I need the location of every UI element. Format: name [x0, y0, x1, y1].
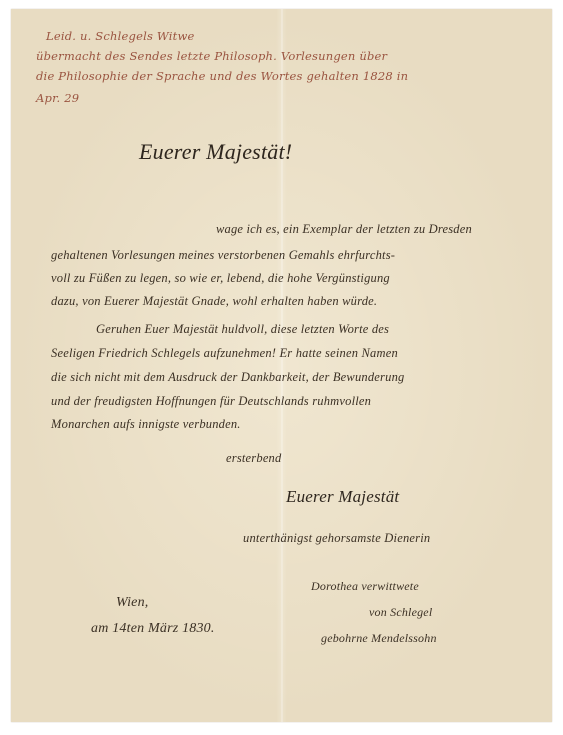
place: Wien,	[116, 595, 149, 611]
archival-note-line: Apr. 29	[36, 91, 79, 105]
body-line: wage ich es, ein Exemplar der letzten zu…	[216, 222, 472, 237]
closing-ersterbend: ersterbend	[226, 451, 281, 466]
signature-line: Dorothea verwittwete	[311, 579, 419, 594]
salutation: Euerer Majestät!	[139, 139, 292, 165]
body-line: gehaltenen Vorlesungen meines verstorben…	[51, 248, 395, 263]
signature-line: von Schlegel	[369, 605, 432, 620]
body-line: voll zu Füßen zu legen, so wie er, leben…	[51, 271, 390, 286]
body-line: dazu, von Euerer Majestät Gnade, wohl er…	[51, 294, 377, 309]
body-line: die sich nicht mit dem Ausdruck der Dank…	[51, 370, 404, 385]
closing-subscription: unterthänigst gehorsamste Dienerin	[243, 531, 430, 546]
date: am 14ten März 1830.	[91, 621, 215, 637]
letter-paper: Leid. u. Schlegels Witwe übermacht des S…	[11, 9, 552, 722]
closing-title: Euerer Majestät	[286, 487, 399, 507]
body-line: Geruhen Euer Majestät huldvoll, diese le…	[96, 322, 389, 337]
archival-note-line: Leid. u. Schlegels Witwe	[46, 29, 195, 43]
body-line: Seeligen Friedrich Schlegels aufzunehmen…	[51, 346, 398, 361]
paper-fold-line	[281, 9, 283, 722]
signature-line: gebohrne Mendelssohn	[321, 631, 437, 646]
body-line: und der freudigsten Hoffnungen für Deuts…	[51, 394, 371, 409]
archival-note-line: die Philosophie der Sprache und des Wort…	[36, 69, 408, 83]
archival-note-line: übermacht des Sendes letzte Philosoph. V…	[36, 49, 387, 63]
body-line: Monarchen aufs innigste verbunden.	[51, 417, 241, 432]
